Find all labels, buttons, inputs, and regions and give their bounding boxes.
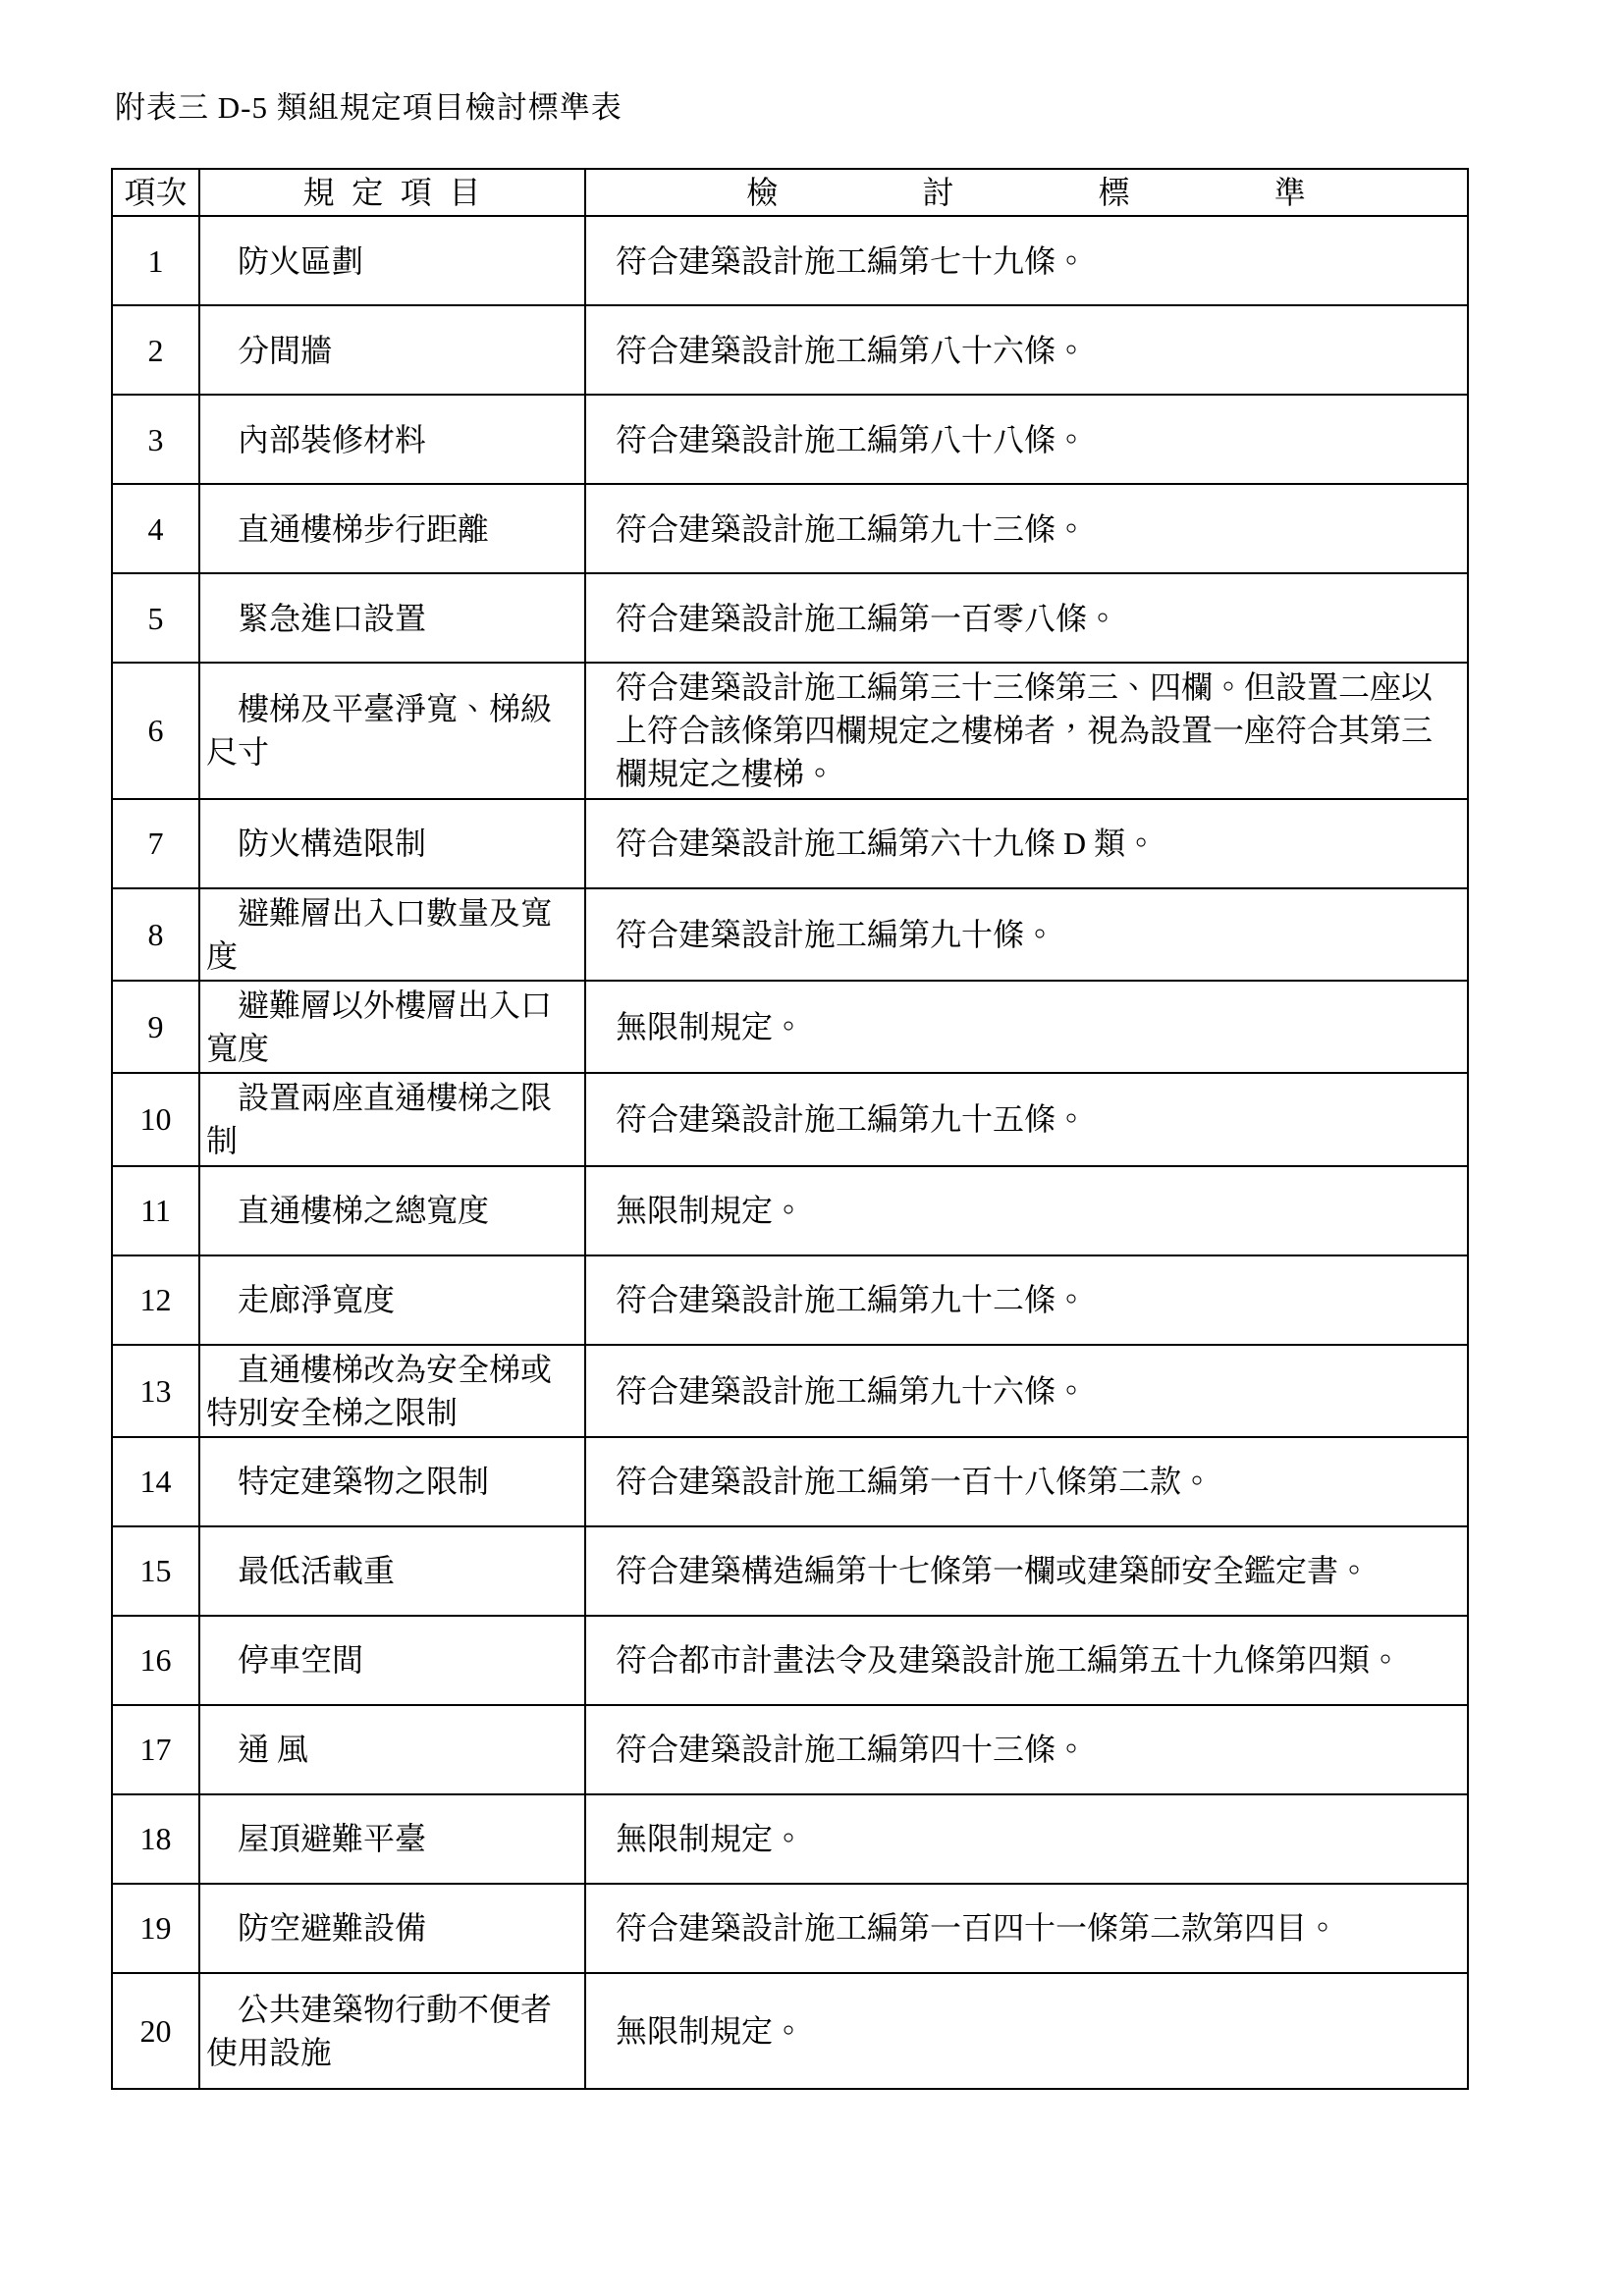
row-item: 樓梯及平臺淨寬、梯級尺寸 [199,663,585,798]
table-row: 15 最低活載重 符合建築構造編第十七條第一欄或建築師安全鑑定書。 [112,1526,1468,1616]
row-number: 18 [112,1794,199,1884]
table-header-row: 項次 規定項目 檢討標準 [112,169,1468,216]
row-standard: 無限制規定。 [585,981,1468,1073]
row-item: 屋頂避難平臺 [199,1794,585,1884]
row-standard: 符合建築設計施工編第九十條。 [585,888,1468,981]
row-standard: 符合建築設計施工編第九十五條。 [585,1073,1468,1165]
row-item: 停車空間 [199,1616,585,1705]
row-item: 防火區劃 [199,216,585,305]
row-standard: 符合建築設計施工編第四十三條。 [585,1705,1468,1794]
row-standard: 無限制規定。 [585,1973,1468,2089]
row-standard: 無限制規定。 [585,1794,1468,1884]
standards-table: 項次 規定項目 檢討標準 1 防火區劃 符合建築設計施工編第七十九條。 2 分間… [111,168,1469,2090]
table-row: 11 直通樓梯之總寬度 無限制規定。 [112,1166,1468,1255]
row-number: 10 [112,1073,199,1165]
table-row: 13 直通樓梯改為安全梯或特別安全梯之限制 符合建築設計施工編第九十六條。 [112,1345,1468,1437]
row-standard: 符合建築設計施工編第九十六條。 [585,1345,1468,1437]
row-number: 1 [112,216,199,305]
row-standard: 符合建築設計施工編第八十六條。 [585,305,1468,395]
table-row: 6 樓梯及平臺淨寬、梯級尺寸 符合建築設計施工編第三十三條第三、四欄。但設置二座… [112,663,1468,798]
row-standard: 符合建築設計施工編第三十三條第三、四欄。但設置二座以上符合該條第四欄規定之樓梯者… [585,663,1468,798]
row-standard: 符合建築設計施工編第一百四十一條第二款第四目。 [585,1884,1468,1973]
header-required-item: 規定項目 [199,169,585,216]
row-number: 8 [112,888,199,981]
row-item: 防火構造限制 [199,799,585,888]
row-number: 7 [112,799,199,888]
row-item: 直通樓梯之總寬度 [199,1166,585,1255]
row-item: 直通樓梯步行距離 [199,484,585,573]
row-item: 避難層出入口數量及寬度 [199,888,585,981]
row-standard: 符合建築設計施工編第一百零八條。 [585,573,1468,663]
row-number: 15 [112,1526,199,1616]
row-item: 最低活載重 [199,1526,585,1616]
row-standard: 符合建築構造編第十七條第一欄或建築師安全鑑定書。 [585,1526,1468,1616]
row-standard: 符合建築設計施工編第八十八條。 [585,395,1468,484]
row-number: 13 [112,1345,199,1437]
row-standard: 符合建築設計施工編第一百十八條第二款。 [585,1437,1468,1526]
row-standard: 符合建築設計施工編第九十三條。 [585,484,1468,573]
row-standard: 符合建築設計施工編第七十九條。 [585,216,1468,305]
table-row: 4 直通樓梯步行距離 符合建築設計施工編第九十三條。 [112,484,1468,573]
table-row: 9 避難層以外樓層出入口寬度 無限制規定。 [112,981,1468,1073]
row-item: 緊急進口設置 [199,573,585,663]
row-item: 設置兩座直通樓梯之限制 [199,1073,585,1165]
table-row: 10 設置兩座直通樓梯之限制 符合建築設計施工編第九十五條。 [112,1073,1468,1165]
row-number: 12 [112,1255,199,1345]
row-number: 2 [112,305,199,395]
table-row: 1 防火區劃 符合建築設計施工編第七十九條。 [112,216,1468,305]
row-number: 14 [112,1437,199,1526]
table-row: 7 防火構造限制 符合建築設計施工編第六十九條 D 類。 [112,799,1468,888]
row-item: 通 風 [199,1705,585,1794]
table-row: 16 停車空間 符合都市計畫法令及建築設計施工編第五十九條第四類。 [112,1616,1468,1705]
row-standard: 無限制規定。 [585,1166,1468,1255]
table-row: 14 特定建築物之限制 符合建築設計施工編第一百十八條第二款。 [112,1437,1468,1526]
row-standard: 符合建築設計施工編第六十九條 D 類。 [585,799,1468,888]
table-row: 19 防空避難設備 符合建築設計施工編第一百四十一條第二款第四目。 [112,1884,1468,1973]
row-number: 17 [112,1705,199,1794]
table-row: 2 分間牆 符合建築設計施工編第八十六條。 [112,305,1468,395]
table-row: 20 公共建築物行動不便者使用設施 無限制規定。 [112,1973,1468,2089]
row-item: 防空避難設備 [199,1884,585,1973]
row-number: 4 [112,484,199,573]
row-number: 19 [112,1884,199,1973]
row-number: 9 [112,981,199,1073]
row-number: 5 [112,573,199,663]
row-item: 公共建築物行動不便者使用設施 [199,1973,585,2089]
table-row: 5 緊急進口設置 符合建築設計施工編第一百零八條。 [112,573,1468,663]
row-number: 11 [112,1166,199,1255]
table-row: 17 通 風 符合建築設計施工編第四十三條。 [112,1705,1468,1794]
row-number: 6 [112,663,199,798]
header-review-standard: 檢討標準 [585,169,1468,216]
row-item: 直通樓梯改為安全梯或特別安全梯之限制 [199,1345,585,1437]
table-row: 18 屋頂避難平臺 無限制規定。 [112,1794,1468,1884]
row-number: 3 [112,395,199,484]
table-row: 12 走廊淨寬度 符合建築設計施工編第九十二條。 [112,1255,1468,1345]
row-standard: 符合建築設計施工編第九十二條。 [585,1255,1468,1345]
table-row: 3 內部裝修材料 符合建築設計施工編第八十八條。 [112,395,1468,484]
row-number: 16 [112,1616,199,1705]
row-item: 避難層以外樓層出入口寬度 [199,981,585,1073]
row-item: 分間牆 [199,305,585,395]
row-item: 走廊淨寬度 [199,1255,585,1345]
row-item: 內部裝修材料 [199,395,585,484]
table-row: 8 避難層出入口數量及寬度 符合建築設計施工編第九十條。 [112,888,1468,981]
row-standard: 符合都市計畫法令及建築設計施工編第五十九條第四類。 [585,1616,1468,1705]
header-item-number: 項次 [112,169,199,216]
row-number: 20 [112,1973,199,2089]
page-title: 附表三 D-5 類組規定項目檢討標準表 [115,82,623,127]
row-item: 特定建築物之限制 [199,1437,585,1526]
